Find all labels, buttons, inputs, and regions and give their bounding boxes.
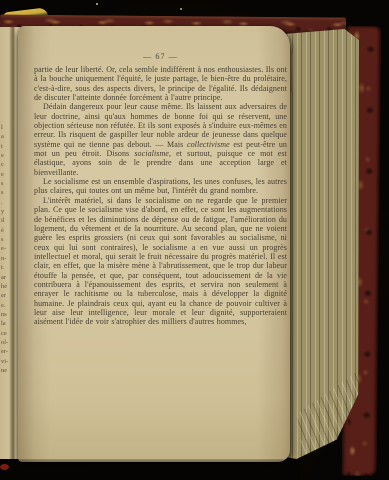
left-page-text-fragments: latecess.yilése-n-t.arhéere.nslaceol-er-…: [1, 123, 11, 375]
page-block-fore-edge: [279, 29, 359, 459]
paragraph: Dédain dangereux pour leur cause même. I…: [34, 102, 287, 177]
page-text: partie de leur liberté. Or, cela semble …: [34, 65, 287, 327]
page-number: — 67 —: [34, 52, 287, 61]
book-page: — 67 — partie de leur liberté. Or, cela …: [18, 26, 290, 462]
dust-speck: [96, 3, 98, 5]
paragraph: partie de leur liberté. Or, cela semble …: [34, 65, 287, 102]
facing-page-sliver: latecess.yilése-n-t.arhéere.nslaceol-er-…: [0, 27, 20, 459]
book-photo: latecess.yilése-n-t.arhéere.nslaceol-er-…: [0, 0, 389, 480]
dust-speck: [180, 8, 182, 10]
cover-red-speck: [0, 464, 9, 470]
paragraph: Le socialisme est un ensemble d'aspirati…: [34, 177, 287, 196]
paragraph: L'intérêt matériel, si dans le socialism…: [34, 196, 287, 327]
bottom-shadow: [0, 459, 300, 480]
